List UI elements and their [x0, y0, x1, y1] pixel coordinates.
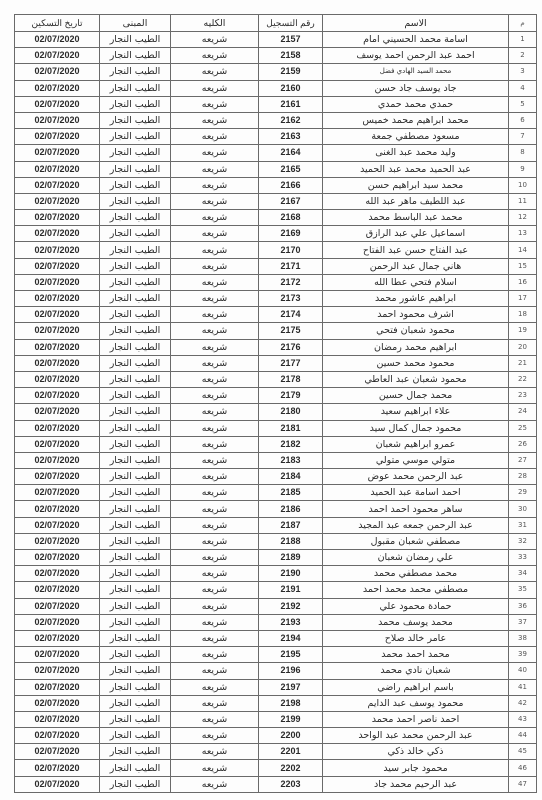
cell-serial-number: 19 [509, 323, 537, 339]
cell-name: عبد الحميد محمد عبد الحميد [323, 161, 509, 177]
table-row: 02/07/2020الطيب النجارشريعه2196شعبان ناد… [15, 663, 537, 679]
cell-college: شريعه [171, 226, 259, 242]
table-row: 02/07/2020الطيب النجارشريعه2164وليد محمد… [15, 145, 537, 161]
table-row: 02/07/2020الطيب النجارشريعه2163مسعود مصط… [15, 129, 537, 145]
cell-college: شريعه [171, 647, 259, 663]
cell-housing-date: 02/07/2020 [15, 32, 100, 48]
cell-registration-number: 2197 [259, 679, 323, 695]
table-row: 02/07/2020الطيب النجارشريعه2172اسلام فتح… [15, 274, 537, 290]
header-serial-number: م [509, 15, 537, 32]
cell-building: الطيب النجار [100, 663, 171, 679]
table-row: 02/07/2020الطيب النجارشريعه2198محمود يوس… [15, 695, 537, 711]
cell-registration-number: 2167 [259, 193, 323, 209]
cell-name: مصطفي شعبان مقبول [323, 533, 509, 549]
cell-building: الطيب النجار [100, 193, 171, 209]
cell-building: الطيب النجار [100, 339, 171, 355]
cell-building: الطيب النجار [100, 355, 171, 371]
cell-name: محمد السيد الهادي فضل [323, 64, 509, 80]
cell-housing-date: 02/07/2020 [15, 695, 100, 711]
table-row: 02/07/2020الطيب النجارشريعه2192حمادة محم… [15, 598, 537, 614]
cell-college: شريعه [171, 436, 259, 452]
cell-housing-date: 02/07/2020 [15, 469, 100, 485]
cell-building: الطيب النجار [100, 647, 171, 663]
cell-name: هاني جمال عبد الرحمن [323, 258, 509, 274]
cell-name: احمد ناصر احمد محمد [323, 711, 509, 727]
cell-college: شريعه [171, 210, 259, 226]
cell-registration-number: 2194 [259, 630, 323, 646]
cell-serial-number: 15 [509, 258, 537, 274]
cell-serial-number: 10 [509, 177, 537, 193]
cell-registration-number: 2173 [259, 291, 323, 307]
cell-college: شريعه [171, 145, 259, 161]
table-header-row: تاريخ التسكين المبنى الكليه رقم التسجيل … [15, 15, 537, 32]
cell-name: محمود جابر سيد [323, 760, 509, 776]
cell-building: الطيب النجار [100, 80, 171, 96]
cell-housing-date: 02/07/2020 [15, 533, 100, 549]
cell-name: عبد اللطيف ماهر عبد الله [323, 193, 509, 209]
cell-college: شريعه [171, 339, 259, 355]
cell-college: شريعه [171, 517, 259, 533]
cell-building: الطيب النجار [100, 177, 171, 193]
cell-college: شريعه [171, 728, 259, 744]
cell-college: شريعه [171, 129, 259, 145]
cell-name: محمود يوسف عبد الدايم [323, 695, 509, 711]
cell-housing-date: 02/07/2020 [15, 307, 100, 323]
cell-name: محمد مصطفي محمد [323, 566, 509, 582]
cell-building: الطيب النجار [100, 161, 171, 177]
cell-building: الطيب النجار [100, 598, 171, 614]
cell-building: الطيب النجار [100, 145, 171, 161]
cell-college: شريعه [171, 679, 259, 695]
cell-housing-date: 02/07/2020 [15, 210, 100, 226]
cell-building: الطيب النجار [100, 630, 171, 646]
cell-building: الطيب النجار [100, 48, 171, 64]
cell-name: اسماعيل علي عبد الرازق [323, 226, 509, 242]
cell-housing-date: 02/07/2020 [15, 96, 100, 112]
cell-name: احمد اسامة عبد الحميد [323, 485, 509, 501]
cell-college: شريعه [171, 161, 259, 177]
cell-college: شريعه [171, 258, 259, 274]
cell-name: عبد الرحمن جمعه عبد المجيد [323, 517, 509, 533]
table-row: 02/07/2020الطيب النجارشريعه2181محمود جما… [15, 420, 537, 436]
cell-name: محمد سيد ابراهيم حسن [323, 177, 509, 193]
cell-name: اسامة محمد الحسيني امام [323, 32, 509, 48]
cell-registration-number: 2190 [259, 566, 323, 582]
cell-college: شريعه [171, 48, 259, 64]
table-row: 02/07/2020الطيب النجارشريعه2195محمد احمد… [15, 647, 537, 663]
cell-registration-number: 2180 [259, 404, 323, 420]
cell-college: شريعه [171, 242, 259, 258]
cell-name: عبد الرحيم محمد جاد [323, 776, 509, 792]
cell-name: محمود محمد حسين [323, 355, 509, 371]
cell-college: شريعه [171, 582, 259, 598]
cell-serial-number: 47 [509, 776, 537, 792]
cell-registration-number: 2158 [259, 48, 323, 64]
cell-college: شريعه [171, 96, 259, 112]
table-row: 02/07/2020الطيب النجارشريعه2191مصطفي محم… [15, 582, 537, 598]
cell-college: شريعه [171, 323, 259, 339]
table-row: 02/07/2020الطيب النجارشريعه2175محمود شعب… [15, 323, 537, 339]
cell-building: الطيب النجار [100, 469, 171, 485]
cell-building: الطيب النجار [100, 776, 171, 792]
cell-serial-number: 6 [509, 112, 537, 128]
cell-serial-number: 9 [509, 161, 537, 177]
table-row: 02/07/2020الطيب النجارشريعه2161حمدي محمد… [15, 96, 537, 112]
cell-college: شريعه [171, 64, 259, 80]
cell-registration-number: 2184 [259, 469, 323, 485]
cell-name: وليد محمد عبد الغنى [323, 145, 509, 161]
cell-serial-number: 42 [509, 695, 537, 711]
table-row: 02/07/2020الطيب النجارشريعه2190محمد مصطف… [15, 566, 537, 582]
header-college: الكليه [171, 15, 259, 32]
cell-college: شريعه [171, 404, 259, 420]
cell-name: ساهر محمود احمد احمد [323, 501, 509, 517]
cell-college: شريعه [171, 566, 259, 582]
cell-registration-number: 2202 [259, 760, 323, 776]
cell-serial-number: 23 [509, 388, 537, 404]
table-row: 02/07/2020الطيب النجارشريعه2165عبد الحمي… [15, 161, 537, 177]
cell-registration-number: 2165 [259, 161, 323, 177]
cell-college: شريعه [171, 274, 259, 290]
cell-serial-number: 34 [509, 566, 537, 582]
cell-serial-number: 29 [509, 485, 537, 501]
cell-registration-number: 2195 [259, 647, 323, 663]
cell-building: الطيب النجار [100, 112, 171, 128]
cell-building: الطيب النجار [100, 485, 171, 501]
cell-building: الطيب النجار [100, 323, 171, 339]
cell-building: الطيب النجار [100, 679, 171, 695]
cell-registration-number: 2166 [259, 177, 323, 193]
cell-housing-date: 02/07/2020 [15, 501, 100, 517]
cell-name: مسعود مصطفي جمعة [323, 129, 509, 145]
cell-registration-number: 2193 [259, 614, 323, 630]
cell-name: عبد الرحمن محمد عوض [323, 469, 509, 485]
cell-registration-number: 2162 [259, 112, 323, 128]
cell-name: عامر خالد صلاح [323, 630, 509, 646]
cell-housing-date: 02/07/2020 [15, 226, 100, 242]
table-row: 02/07/2020الطيب النجارشريعه2199احمد ناصر… [15, 711, 537, 727]
cell-building: الطيب النجار [100, 711, 171, 727]
cell-college: شريعه [171, 485, 259, 501]
cell-registration-number: 2181 [259, 420, 323, 436]
cell-registration-number: 2171 [259, 258, 323, 274]
cell-registration-number: 2169 [259, 226, 323, 242]
table-row: 02/07/2020الطيب النجارشريعه2185احمد اسام… [15, 485, 537, 501]
cell-housing-date: 02/07/2020 [15, 582, 100, 598]
cell-name: شعبان نادي محمد [323, 663, 509, 679]
table-row: 02/07/2020الطيب النجارشريعه2200عبد الرحم… [15, 728, 537, 744]
cell-registration-number: 2192 [259, 598, 323, 614]
cell-housing-date: 02/07/2020 [15, 711, 100, 727]
cell-building: الطيب النجار [100, 307, 171, 323]
cell-college: شريعه [171, 598, 259, 614]
cell-name: محمد عبد الباسط محمد [323, 210, 509, 226]
cell-name: محمد يوسف محمد [323, 614, 509, 630]
cell-housing-date: 02/07/2020 [15, 371, 100, 387]
cell-housing-date: 02/07/2020 [15, 744, 100, 760]
cell-housing-date: 02/07/2020 [15, 614, 100, 630]
table-row: 02/07/2020الطيب النجارشريعه2203عبد الرحي… [15, 776, 537, 792]
cell-building: الطيب النجار [100, 388, 171, 404]
cell-college: شريعه [171, 776, 259, 792]
cell-serial-number: 31 [509, 517, 537, 533]
table-row: 02/07/2020الطيب النجارشريعه2189علي رمضان… [15, 550, 537, 566]
cell-building: الطيب النجار [100, 226, 171, 242]
table-row: 02/07/2020الطيب النجارشريعه2173ابراهيم ع… [15, 291, 537, 307]
cell-housing-date: 02/07/2020 [15, 193, 100, 209]
cell-college: شريعه [171, 630, 259, 646]
cell-housing-date: 02/07/2020 [15, 274, 100, 290]
table-row: 02/07/2020الطيب النجارشريعه2194عامر خالد… [15, 630, 537, 646]
cell-name: عبد الرحمن محمد عبد الواحد [323, 728, 509, 744]
cell-serial-number: 13 [509, 226, 537, 242]
table-row: 02/07/2020الطيب النجارشريعه2193محمد يوسف… [15, 614, 537, 630]
table-row: 02/07/2020الطيب النجارشريعه2180علاء ابرا… [15, 404, 537, 420]
cell-registration-number: 2191 [259, 582, 323, 598]
cell-name: محمد ابراهيم محمد خميس [323, 112, 509, 128]
cell-building: الطيب النجار [100, 420, 171, 436]
cell-registration-number: 2160 [259, 80, 323, 96]
cell-housing-date: 02/07/2020 [15, 517, 100, 533]
cell-college: شريعه [171, 307, 259, 323]
cell-serial-number: 4 [509, 80, 537, 96]
cell-building: الطيب النجار [100, 258, 171, 274]
cell-name: محمد جمال حسين [323, 388, 509, 404]
cell-serial-number: 40 [509, 663, 537, 679]
cell-housing-date: 02/07/2020 [15, 258, 100, 274]
table-row: 02/07/2020الطيب النجارشريعه2179محمد جمال… [15, 388, 537, 404]
cell-name: حمادة محمود علي [323, 598, 509, 614]
table-row: 02/07/2020الطيب النجارشريعه2157اسامة محم… [15, 32, 537, 48]
cell-housing-date: 02/07/2020 [15, 647, 100, 663]
table-row: 02/07/2020الطيب النجارشريعه2182عمرو ابرا… [15, 436, 537, 452]
table-row: 02/07/2020الطيب النجارشريعه2167عبد اللطي… [15, 193, 537, 209]
cell-housing-date: 02/07/2020 [15, 728, 100, 744]
cell-registration-number: 2168 [259, 210, 323, 226]
cell-college: شريعه [171, 533, 259, 549]
cell-serial-number: 3 [509, 64, 537, 80]
cell-serial-number: 17 [509, 291, 537, 307]
cell-name: احمد عبد الرحمن احمد يوسف [323, 48, 509, 64]
cell-building: الطيب النجار [100, 129, 171, 145]
cell-registration-number: 2178 [259, 371, 323, 387]
table-row: 02/07/2020الطيب النجارشريعه2168محمد عبد … [15, 210, 537, 226]
cell-name: اشرف محمود احمد [323, 307, 509, 323]
cell-college: شريعه [171, 469, 259, 485]
cell-serial-number: 20 [509, 339, 537, 355]
cell-college: شريعه [171, 112, 259, 128]
cell-name: علي رمضان شعبان [323, 550, 509, 566]
table-row: 02/07/2020الطيب النجارشريعه2170عبد الفتا… [15, 242, 537, 258]
cell-serial-number: 1 [509, 32, 537, 48]
header-registration-number: رقم التسجيل [259, 15, 323, 32]
cell-registration-number: 2159 [259, 64, 323, 80]
cell-name: جاد يوسف جاد حسن [323, 80, 509, 96]
cell-serial-number: 26 [509, 436, 537, 452]
table-row: 02/07/2020الطيب النجارشريعه2184عبد الرحم… [15, 469, 537, 485]
cell-serial-number: 32 [509, 533, 537, 549]
cell-registration-number: 2200 [259, 728, 323, 744]
table-row: 02/07/2020الطيب النجارشريعه2162محمد ابرا… [15, 112, 537, 128]
cell-building: الطيب النجار [100, 274, 171, 290]
cell-serial-number: 39 [509, 647, 537, 663]
cell-college: شريعه [171, 452, 259, 468]
cell-serial-number: 33 [509, 550, 537, 566]
cell-serial-number: 21 [509, 355, 537, 371]
cell-housing-date: 02/07/2020 [15, 355, 100, 371]
cell-serial-number: 46 [509, 760, 537, 776]
header-name: الاسم [323, 15, 509, 32]
cell-serial-number: 41 [509, 679, 537, 695]
cell-serial-number: 36 [509, 598, 537, 614]
cell-registration-number: 2189 [259, 550, 323, 566]
cell-college: شريعه [171, 177, 259, 193]
cell-housing-date: 02/07/2020 [15, 291, 100, 307]
cell-housing-date: 02/07/2020 [15, 129, 100, 145]
cell-building: الطيب النجار [100, 614, 171, 630]
cell-serial-number: 8 [509, 145, 537, 161]
cell-serial-number: 28 [509, 469, 537, 485]
cell-registration-number: 2164 [259, 145, 323, 161]
cell-housing-date: 02/07/2020 [15, 242, 100, 258]
cell-registration-number: 2188 [259, 533, 323, 549]
table-row: 02/07/2020الطيب النجارشريعه2159محمد السي… [15, 64, 537, 80]
cell-registration-number: 2199 [259, 711, 323, 727]
cell-serial-number: 38 [509, 630, 537, 646]
cell-registration-number: 2177 [259, 355, 323, 371]
cell-building: الطيب النجار [100, 32, 171, 48]
cell-serial-number: 30 [509, 501, 537, 517]
cell-serial-number: 5 [509, 96, 537, 112]
cell-college: شريعه [171, 663, 259, 679]
cell-housing-date: 02/07/2020 [15, 485, 100, 501]
cell-name: باسم ابراهيم راضي [323, 679, 509, 695]
cell-building: الطيب النجار [100, 760, 171, 776]
cell-registration-number: 2196 [259, 663, 323, 679]
cell-housing-date: 02/07/2020 [15, 760, 100, 776]
cell-registration-number: 2203 [259, 776, 323, 792]
cell-housing-date: 02/07/2020 [15, 177, 100, 193]
table-row: 02/07/2020الطيب النجارشريعه2178محمود شعب… [15, 371, 537, 387]
cell-registration-number: 2186 [259, 501, 323, 517]
cell-housing-date: 02/07/2020 [15, 663, 100, 679]
cell-housing-date: 02/07/2020 [15, 48, 100, 64]
cell-registration-number: 2174 [259, 307, 323, 323]
cell-college: شريعه [171, 420, 259, 436]
cell-housing-date: 02/07/2020 [15, 64, 100, 80]
cell-registration-number: 2185 [259, 485, 323, 501]
table-row: 02/07/2020الطيب النجارشريعه2166محمد سيد … [15, 177, 537, 193]
cell-serial-number: 18 [509, 307, 537, 323]
cell-housing-date: 02/07/2020 [15, 145, 100, 161]
cell-building: الطيب النجار [100, 291, 171, 307]
cell-serial-number: 27 [509, 452, 537, 468]
cell-housing-date: 02/07/2020 [15, 436, 100, 452]
cell-serial-number: 11 [509, 193, 537, 209]
cell-building: الطيب النجار [100, 371, 171, 387]
scanned-document-page: تاريخ التسكين المبنى الكليه رقم التسجيل … [0, 0, 542, 800]
cell-name: محمود جمال كمال سيد [323, 420, 509, 436]
header-housing-date: تاريخ التسكين [15, 15, 100, 32]
cell-registration-number: 2172 [259, 274, 323, 290]
cell-college: شريعه [171, 614, 259, 630]
cell-serial-number: 22 [509, 371, 537, 387]
cell-name: ابراهيم عاشور محمد [323, 291, 509, 307]
cell-college: شريعه [171, 80, 259, 96]
table-row: 02/07/2020الطيب النجارشريعه2202محمود جاب… [15, 760, 537, 776]
cell-building: الطيب النجار [100, 64, 171, 80]
cell-building: الطيب النجار [100, 242, 171, 258]
cell-building: الطيب النجار [100, 550, 171, 566]
cell-building: الطيب النجار [100, 452, 171, 468]
cell-serial-number: 16 [509, 274, 537, 290]
cell-building: الطيب النجار [100, 744, 171, 760]
cell-serial-number: 7 [509, 129, 537, 145]
cell-registration-number: 2201 [259, 744, 323, 760]
cell-registration-number: 2175 [259, 323, 323, 339]
cell-college: شريعه [171, 291, 259, 307]
cell-college: شريعه [171, 711, 259, 727]
cell-building: الطيب النجار [100, 566, 171, 582]
cell-housing-date: 02/07/2020 [15, 80, 100, 96]
cell-name: محمود شعبان فتحي [323, 323, 509, 339]
cell-registration-number: 2183 [259, 452, 323, 468]
cell-registration-number: 2176 [259, 339, 323, 355]
cell-serial-number: 14 [509, 242, 537, 258]
cell-building: الطيب النجار [100, 695, 171, 711]
cell-housing-date: 02/07/2020 [15, 598, 100, 614]
cell-name: عبد الفتاح حسن عبد الفتاح [323, 242, 509, 258]
cell-name: عمرو ابراهيم شعبان [323, 436, 509, 452]
cell-building: الطيب النجار [100, 436, 171, 452]
table-row: 02/07/2020الطيب النجارشريعه2171هاني جمال… [15, 258, 537, 274]
cell-name: متولي موسي متولي [323, 452, 509, 468]
cell-registration-number: 2157 [259, 32, 323, 48]
cell-housing-date: 02/07/2020 [15, 404, 100, 420]
cell-serial-number: 25 [509, 420, 537, 436]
header-building: المبنى [100, 15, 171, 32]
cell-name: محمد احمد محمد [323, 647, 509, 663]
table-row: 02/07/2020الطيب النجارشريعه2160جاد يوسف … [15, 80, 537, 96]
cell-name: ذكي خالد ذكي [323, 744, 509, 760]
cell-housing-date: 02/07/2020 [15, 550, 100, 566]
cell-serial-number: 2 [509, 48, 537, 64]
table-body: 02/07/2020الطيب النجارشريعه2157اسامة محم… [15, 32, 537, 793]
table-row: 02/07/2020الطيب النجارشريعه2187عبد الرحم… [15, 517, 537, 533]
table-row: 02/07/2020الطيب النجارشريعه2177محمود محم… [15, 355, 537, 371]
cell-registration-number: 2161 [259, 96, 323, 112]
cell-housing-date: 02/07/2020 [15, 112, 100, 128]
cell-college: شريعه [171, 32, 259, 48]
table-row: 02/07/2020الطيب النجارشريعه2183متولي موس… [15, 452, 537, 468]
table-row: 02/07/2020الطيب النجارشريعه2174اشرف محمو… [15, 307, 537, 323]
cell-name: علاء ابراهيم سعيد [323, 404, 509, 420]
cell-building: الطيب النجار [100, 501, 171, 517]
cell-serial-number: 12 [509, 210, 537, 226]
cell-name: ابراهيم محمد رمضان [323, 339, 509, 355]
cell-college: شريعه [171, 695, 259, 711]
cell-housing-date: 02/07/2020 [15, 420, 100, 436]
cell-name: اسلام فتحي عطا الله [323, 274, 509, 290]
cell-name: محمود شعبان عبد العاطي [323, 371, 509, 387]
cell-registration-number: 2198 [259, 695, 323, 711]
cell-name: حمدي محمد حمدي [323, 96, 509, 112]
table-row: 02/07/2020الطيب النجارشريعه2158احمد عبد … [15, 48, 537, 64]
cell-college: شريعه [171, 501, 259, 517]
cell-college: شريعه [171, 744, 259, 760]
cell-building: الطيب النجار [100, 96, 171, 112]
cell-building: الطيب النجار [100, 728, 171, 744]
